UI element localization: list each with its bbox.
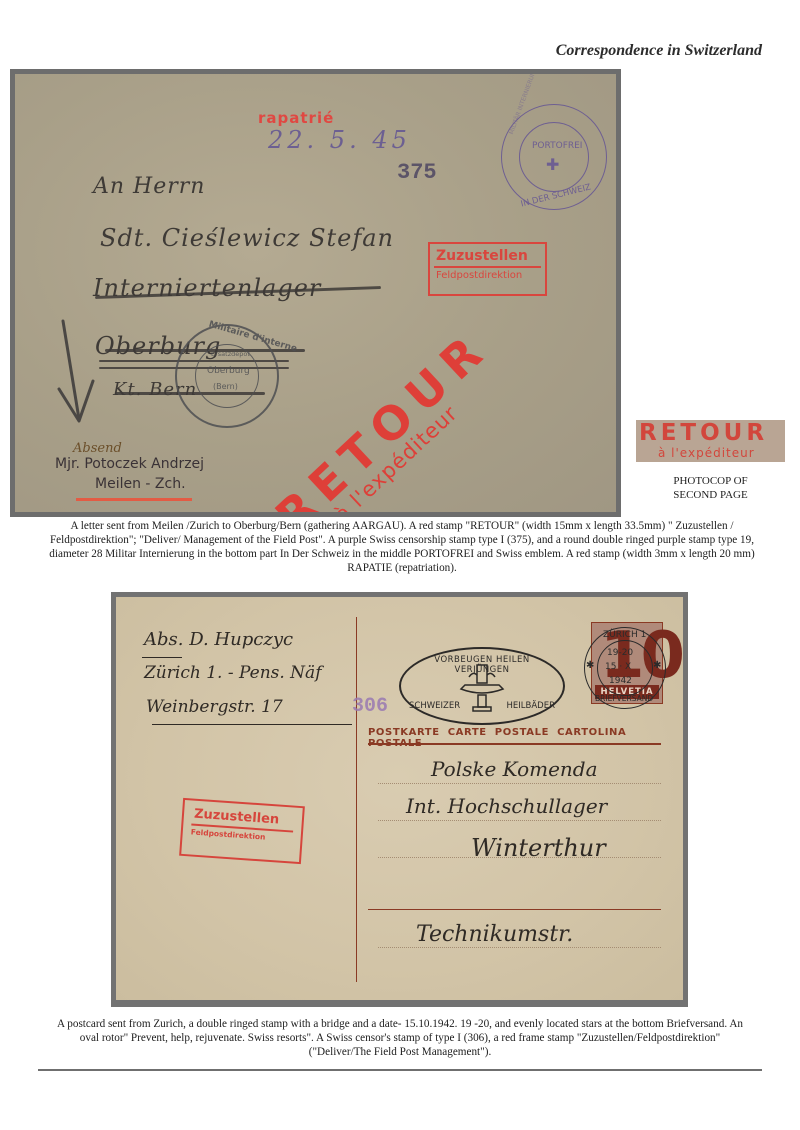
handwritten-date: 22. 5. 45 (268, 126, 411, 154)
oval-slogan-bottom: SCHWEIZER HEILBÄDER (409, 701, 555, 711)
envelope-image-frame: rapatrié 22. 5. 45 375 PORTOFREI ✚ IN DE… (10, 69, 621, 517)
page-title: Correspondence in Switzerland (556, 42, 762, 60)
bottom-divider (38, 1069, 762, 1071)
envelope-image: rapatrié 22. 5. 45 375 PORTOFREI ✚ IN DE… (15, 74, 616, 512)
round-grey-stamp: Militaire d'interne Ersatzdepot Oberburg… (175, 324, 279, 428)
postcard-header: POSTKARTE CARTE POSTALE CARTOLINA POSTAL… (368, 727, 683, 749)
zuzustellen-title: Zuzustellen (430, 244, 545, 264)
underline (152, 724, 352, 725)
star-icon: ✱ (586, 660, 594, 671)
pc-address-line-2: Int. Hochschullager (406, 794, 607, 818)
postcard-divider (356, 617, 357, 982)
postcard-caption: A postcard sent from Zurich, a double ri… (50, 1017, 750, 1059)
pc-address-line-1: Polske Komenda (431, 757, 598, 781)
photocopy-caption-line-1: PHOTOCOP OF (636, 474, 785, 488)
pc-sender-line-1: Abs. D. Hupczyc (144, 629, 293, 650)
pc-sender-line-2: Zürich 1. - Pens. Näf (144, 663, 322, 683)
pc-address-line-3: Winterthur (471, 834, 606, 862)
zurich-cancellation: ZÜRICH 1 19-20 15 · X 1942 BRIEFVERSAND … (584, 627, 666, 709)
photocopy-caption: PHOTOCOP OF SECOND PAGE (636, 474, 785, 502)
sender-place: Meilen - Zch. (95, 476, 186, 492)
photocopy-retour-text: RETOUR (639, 420, 768, 446)
pencil-arrow-icon (55, 319, 105, 429)
photocopy-expediteur-text: à l'expéditeur (658, 446, 755, 460)
address-dotted-line (378, 820, 661, 821)
oval-slogan-stamp: VORBEUGEN HEILEN VERJÜNGEN SCHWEIZER HEI… (399, 647, 565, 725)
pc-sender-line-3: Weinbergstr. 17 (146, 697, 283, 717)
address-solid-rule (368, 909, 661, 910)
address-line-1: An Herrn (93, 174, 205, 199)
star-icon: ✱ (653, 660, 661, 671)
underline (142, 657, 182, 658)
ersatzdepot-text: Ersatzdepot (211, 350, 250, 358)
postcard-image-frame: Abs. D. Hupczyc Zürich 1. - Pens. Näf We… (111, 592, 688, 1007)
address-line-2: Sdt. Cieślewicz Stefan (100, 224, 394, 252)
schweizer-text: SCHWEIZER (409, 701, 460, 711)
sender-note: Absend (73, 441, 122, 456)
heilbader-text: HEILBÄDER (507, 701, 555, 711)
envelope-caption: A letter sent from Meilen /Zurich to Obe… (40, 519, 764, 575)
postcard-header-rule (368, 743, 661, 745)
censor-stamp-375: 375 (397, 160, 437, 185)
feldpostdirektion-text: Feldpostdirektion (430, 270, 545, 281)
censor-stamp-306: 306 (352, 695, 388, 718)
pc-address-line-4: Technikumstr. (416, 922, 573, 947)
photocopy-caption-line-2: SECOND PAGE (636, 488, 785, 502)
red-underline (76, 498, 192, 501)
zuzustellen-stamp: Zuzustellen Feldpostdirektion (428, 242, 547, 296)
rapatrie-stamp: rapatrié (258, 109, 334, 127)
cancel-bottom: BRIEFVERSAND (595, 694, 653, 703)
cancel-city: ZÜRICH 1 (603, 630, 646, 640)
cancel-date: 15 · X (605, 662, 631, 672)
portofrei-text: PORTOFREI (532, 141, 582, 151)
round-purple-stamp: PORTOFREI ✚ IN DER SCHWEIZ MILITÄR INTER… (501, 104, 607, 210)
address-dotted-line (378, 947, 661, 948)
address-dotted-line (378, 783, 661, 784)
oberburg-text: Oberburg (207, 366, 250, 376)
cancel-time: 19-20 (607, 648, 633, 658)
photocopy-inset: RETOUR à l'expéditeur (636, 420, 785, 462)
postcard-image: Abs. D. Hupczyc Zürich 1. - Pens. Näf We… (116, 597, 683, 1000)
militar-internierung-text: MILITÄR INTERNIERUNG (508, 74, 539, 135)
sender-name: Mjr. Potoczek Andrzej (55, 456, 204, 472)
swiss-cross-icon: ✚ (546, 155, 559, 174)
zuzustellen-stamp-postcard: Zuzustellen Feldpostdirektion (179, 798, 305, 864)
bern-text: (Bern) (213, 382, 238, 391)
cancel-year: 1942 (609, 676, 632, 686)
